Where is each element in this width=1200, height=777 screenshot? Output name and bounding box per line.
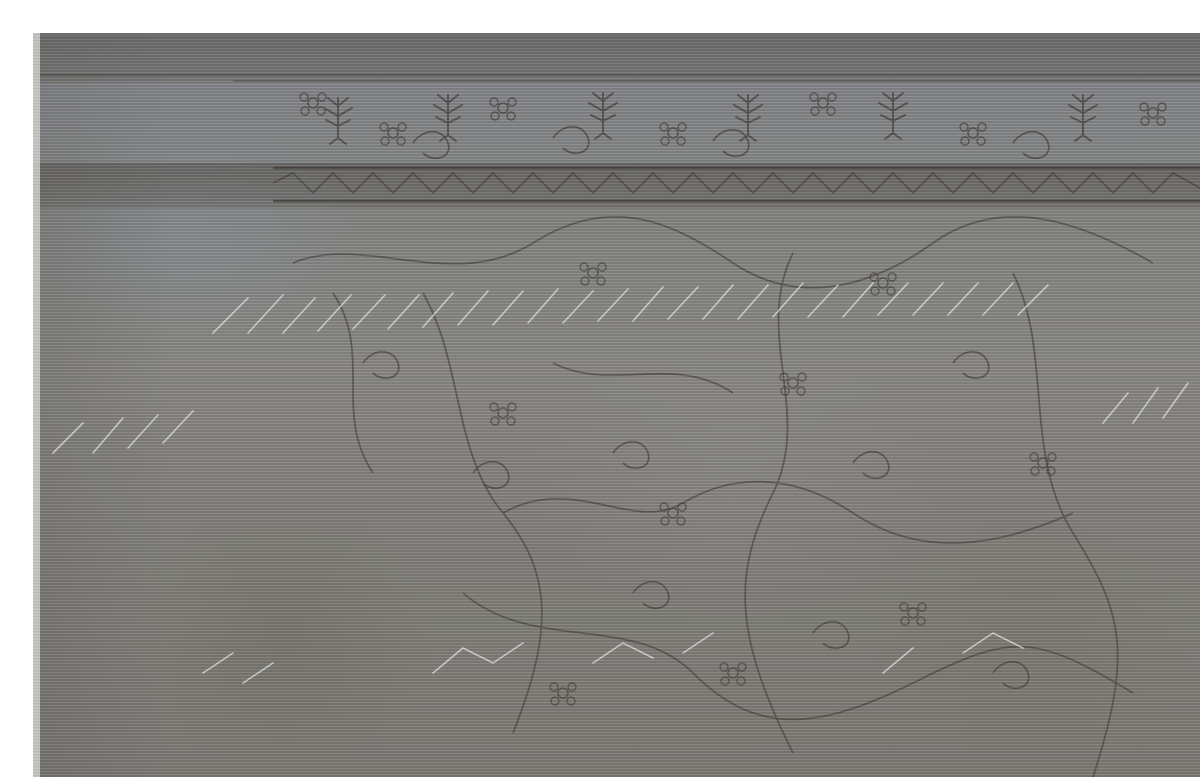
photo-canvas: [0, 0, 1200, 777]
rug-side-fringe: [33, 33, 40, 777]
rug-floral-pattern: [33, 33, 1200, 777]
rug-top-edge: [33, 33, 1200, 37]
rug: [33, 33, 1200, 777]
